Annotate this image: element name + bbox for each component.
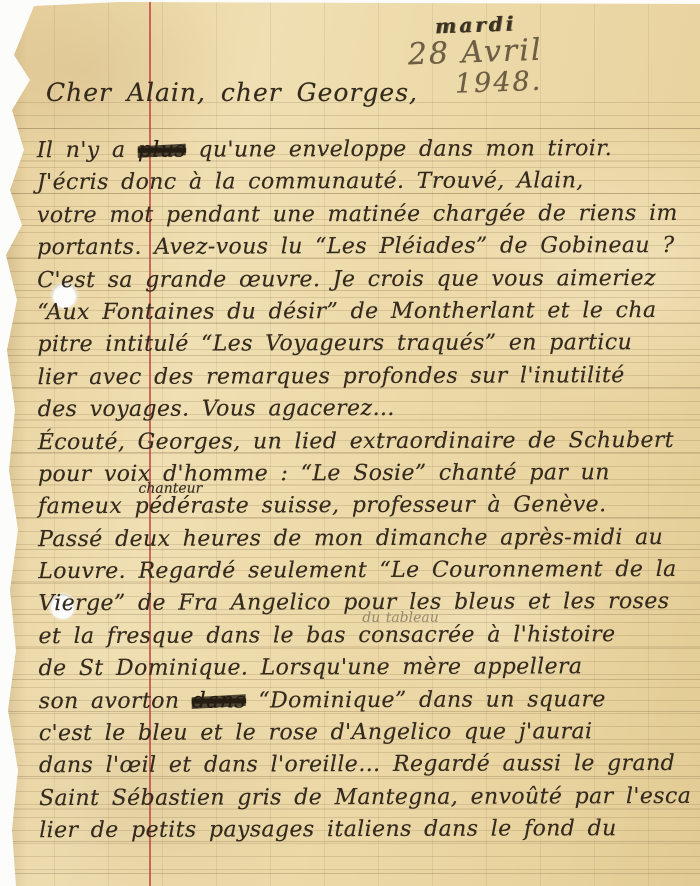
line-segment: de St Dominique. Lorsqu'une mère appelle… <box>39 655 583 682</box>
line-segment: pitre intitulé “Les Voyageurs traqués” e… <box>37 330 632 357</box>
line-segment: pédéraste suisse, professeur à Genève.ch… <box>135 492 607 519</box>
letter-line: fameux pédéraste suisse, professeur à Ge… <box>38 492 700 527</box>
struck-word: dans <box>192 688 246 713</box>
letter-line: Louvre. Regardé seulement “Le Couronneme… <box>38 557 700 592</box>
line-segment: c'est le bleu et le rose d'Angelico que … <box>39 719 593 746</box>
line-segment: votre mot pendant une matinée chargée de… <box>37 201 678 228</box>
letter-line: Écouté, Georges, un lied extraordinaire … <box>38 427 700 462</box>
struck-word: plus <box>138 138 186 163</box>
letter-line: dans l'œil et dans l'oreille… Regardé au… <box>39 751 700 786</box>
line-segment: dans l'œil et dans l'oreille… Regardé au… <box>39 751 675 778</box>
letter-line: son avorton dans “Dominique” dans un squ… <box>39 686 700 721</box>
paper-sheet: mardi 28 Avril 1948. Cher Alain, cher Ge… <box>0 0 700 886</box>
letter-line: pour voix d'homme : “Le Sosie” chanté pa… <box>38 460 700 495</box>
line-segment: pour voix d'homme : “Le Sosie” chanté pa… <box>38 460 610 487</box>
line-segment: et la fresque dans le bas <box>38 623 358 649</box>
letter-line: lier de petits paysages italiens dans le… <box>39 816 700 851</box>
letter-line: “Aux Fontaines du désir” de Montherlant … <box>37 298 699 333</box>
line-segment: Passé deux heures de mon dimanche après-… <box>38 525 663 552</box>
inserted-word: chanteur <box>138 482 202 496</box>
letter-line: et la fresque dans le bas consacrée à l'… <box>38 622 700 657</box>
letter-line: c'est le bleu et le rose d'Angelico que … <box>39 719 700 754</box>
line-segment: J'écris donc à la communauté. Trouvé, Al… <box>37 169 584 196</box>
line-segment: Écouté, Georges, un lied extraordinaire … <box>38 427 674 454</box>
letter-line: lier avec des remarques profondes sur l'… <box>38 363 700 398</box>
line-segment: Saint Sébastien gris de Mantegna, envoût… <box>39 784 691 811</box>
line-segment: lier avec des remarques profondes sur l'… <box>38 363 625 390</box>
letter-line: de St Dominique. Lorsqu'une mère appelle… <box>39 654 700 689</box>
line-segment: lier de petits paysages italiens dans le… <box>39 816 617 843</box>
line-segment: C'est sa grande œuvre. Je crois que vous… <box>37 266 656 293</box>
torn-edge-shading <box>0 0 34 886</box>
letter-line: C'est sa grande œuvre. Je crois que vous… <box>37 265 699 300</box>
letter-line: pitre intitulé “Les Voyageurs traqués” e… <box>37 330 699 365</box>
line-segment: fameux <box>38 494 135 519</box>
letter-line: Il n'y a plus qu'une enveloppe dans mon … <box>37 136 699 171</box>
line-segment: Il n'y a <box>37 138 138 163</box>
line-segment: Vierge” de Fra Angelico pour les bleus e… <box>38 589 669 616</box>
inserted-word: du tableau <box>362 611 439 625</box>
line-segment: Louvre. Regardé seulement “Le Couronneme… <box>38 557 676 584</box>
scanned-letter-page: mardi 28 Avril 1948. Cher Alain, cher Ge… <box>0 0 700 886</box>
line-segment: son avorton <box>39 688 192 714</box>
line-segment: portants. Avez-vous lu “Les Pléiades” de… <box>37 233 674 260</box>
line-segment: consacrée à l'histoiredu tableau <box>358 622 615 648</box>
salutation: Cher Alain, cher Georges, <box>46 78 418 107</box>
line-segment: qu'une enveloppe dans mon tiroir. <box>186 136 612 162</box>
letter-line: Passé deux heures de mon dimanche après-… <box>38 525 700 560</box>
line-segment: “Aux Fontaines du désir” de Montherlant … <box>37 298 656 325</box>
letter-line: portants. Avez-vous lu “Les Pléiades” de… <box>37 233 699 268</box>
letter-line: des voyages. Vous agacerez… <box>38 395 700 430</box>
letter-line: Saint Sébastien gris de Mantegna, envoût… <box>39 784 700 819</box>
letter-body: Il n'y a plus qu'une enveloppe dans mon … <box>37 136 700 851</box>
letter-line: J'écris donc à la communauté. Trouvé, Al… <box>37 168 699 203</box>
date-year: 1948. <box>454 67 544 100</box>
date-block: mardi 28 Avril 1948. <box>407 12 545 101</box>
line-segment: “Dominique” dans un square <box>246 687 606 713</box>
line-segment: des voyages. Vous agacerez… <box>38 396 395 422</box>
letter-line: votre mot pendant une matinée chargée de… <box>37 201 699 236</box>
